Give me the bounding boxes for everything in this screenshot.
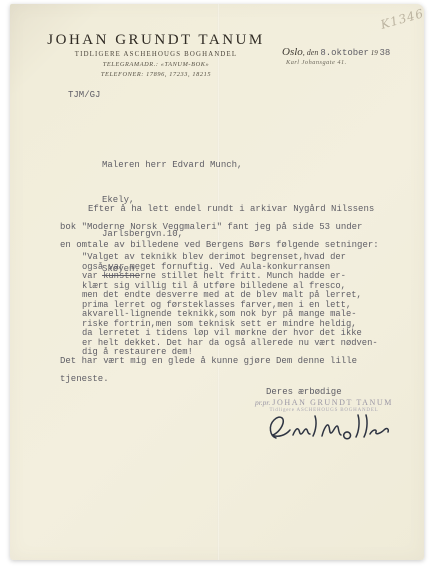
valediction: Deres ærbødige (266, 387, 342, 397)
company-name: JOHAN GRUNDT TANUM (38, 32, 274, 49)
letter-paper: K1346 JOHAN GRUNDT TANUM TIDLIGERE ASCHE… (10, 4, 424, 560)
den-printed: , den (303, 48, 321, 57)
reference-code: TJM/GJ (68, 90, 100, 100)
scan-background: { "annotations": { "pencil_note": "K1346… (0, 0, 440, 581)
body-line: bok "Moderne Norsk Veggmaleri" fant jeg … (60, 218, 400, 236)
city-name: Oslo (282, 46, 303, 58)
pencil-archive-note: K1346 (379, 6, 426, 32)
body-paragraph-2: Det har vært mig en glede å kunne gjøre … (60, 352, 390, 388)
letterhead: JOHAN GRUNDT TANUM TIDLIGERE ASCHEHOUGS … (38, 32, 274, 78)
stamp-company-line: pr.pr. JOHAN GRUNDT TANUM (244, 398, 404, 407)
typed-date: 8.oktober (320, 48, 369, 58)
signature-icon (262, 408, 392, 450)
body-paragraph-1: Efter å ha lett endel rundt i arkivar Ny… (60, 200, 400, 254)
quoted-passage: "Valget av teknikk blev derimot begrense… (82, 253, 392, 358)
recipient-line: Maleren herr Edvard Munch, (102, 160, 242, 172)
company-subtitle: TIDLIGERE ASCHEHOUGS BOGHANDEL (38, 51, 274, 58)
body-line: Efter å ha lett endel rundt i arkivar Ny… (60, 200, 400, 218)
typed-year: 38 (379, 48, 390, 58)
telephone-line: TELEFONER: 17896, 17233, 18215 (38, 71, 274, 78)
dateline: Oslo, den 8.oktober 19 38 (282, 42, 427, 60)
printed-year-prefix: 19 (369, 49, 380, 57)
body-line: Det har vært mig en glede å kunne gjøre … (60, 352, 390, 370)
handwritten-signature (262, 408, 392, 450)
telegram-address-line: TELEGRAMADR.: «TANUM-BOK» (38, 61, 274, 68)
stamp-prpr: pr.pr. (255, 398, 272, 407)
stamp-company-name: JOHAN GRUNDT TANUM (272, 398, 393, 407)
body-line: tjeneste. (60, 370, 390, 388)
street-address: Karl Johansgate 41. (286, 59, 347, 66)
